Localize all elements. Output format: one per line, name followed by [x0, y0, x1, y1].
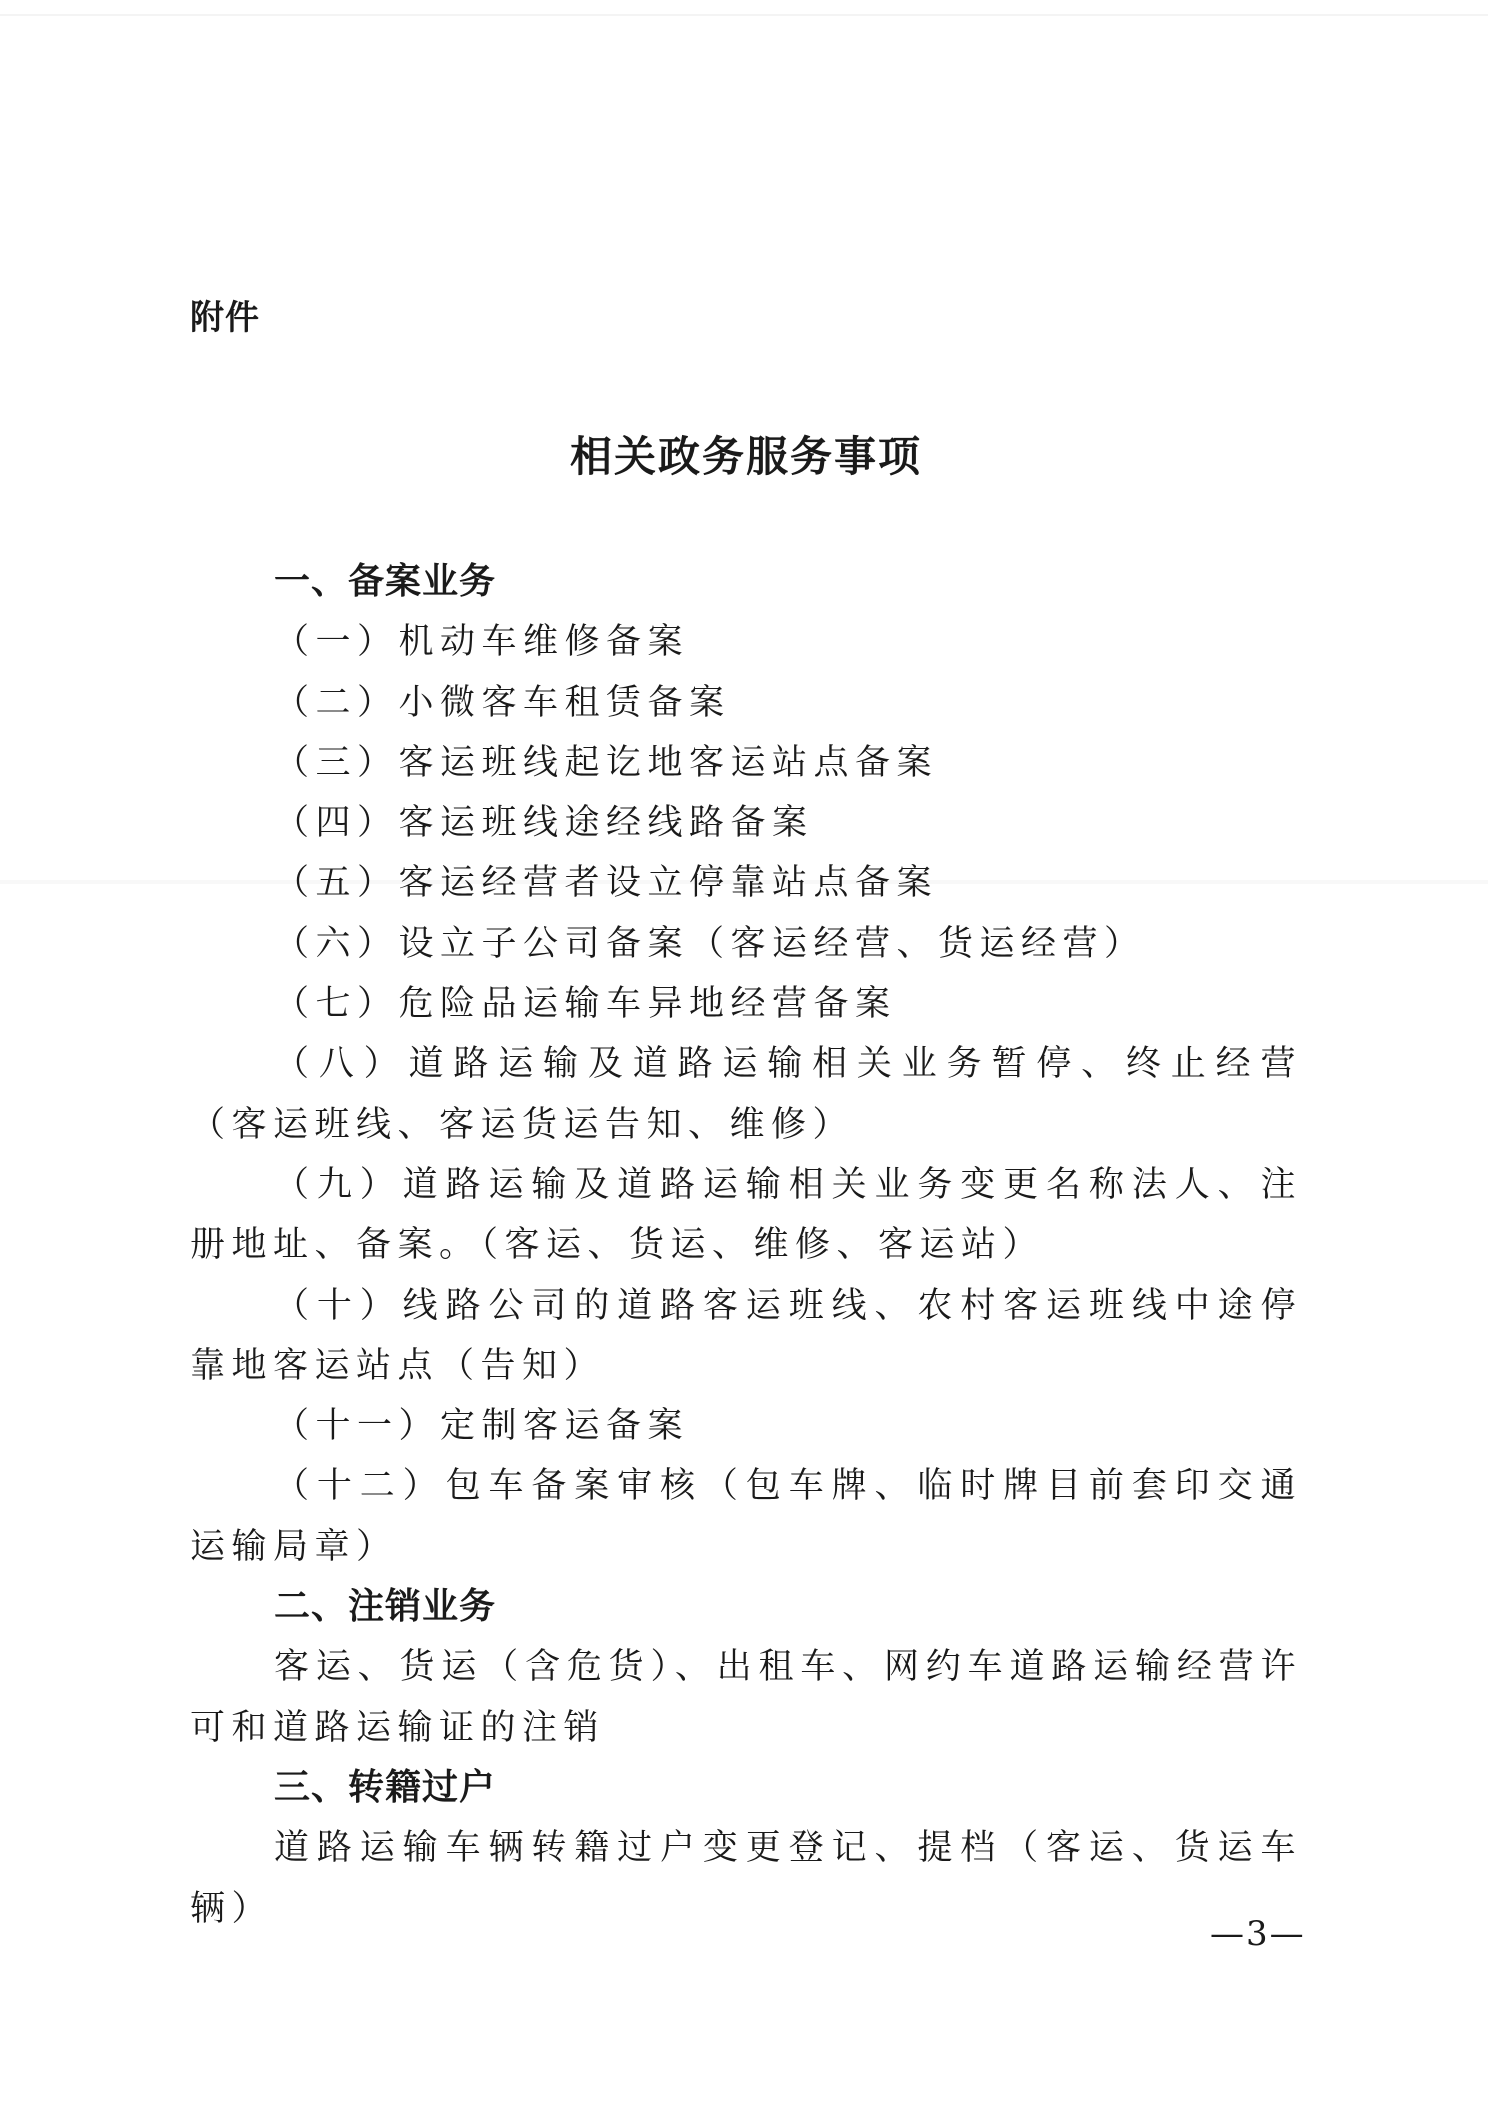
- section-body-transfer: 道路运输车辆转籍过户变更登记、提档（客运、货运车辆）: [190, 1818, 1302, 1939]
- list-item: （十一）定制客运备案: [190, 1396, 1302, 1456]
- list-item: （九）道路运输及道路运输相关业务变更名称法人、注册地址、备案。（客运、货运、维修…: [190, 1155, 1302, 1276]
- list-item: （十）线路公司的道路客运班线、农村客运班线中途停靠地客运站点（告知）: [190, 1276, 1302, 1397]
- section-heading-transfer: 三、转籍过户: [190, 1758, 1302, 1818]
- list-item: （六）设立子公司备案（客运经营、货运经营）: [190, 914, 1302, 974]
- list-item: （五）客运经营者设立停靠站点备案: [190, 853, 1302, 913]
- section-heading-cancellation: 二、注销业务: [190, 1577, 1302, 1637]
- scan-artifact-top: [0, 14, 1488, 16]
- document-body: 一、备案业务 （一）机动车维修备案 （二）小微客车租赁备案 （三）客运班线起讫地…: [190, 552, 1302, 1939]
- list-item: （四）客运班线途经线路备案: [190, 793, 1302, 853]
- section-body-cancellation: 客运、货运（含危货）、出租车、网约车道路运输经营许可和道路运输证的注销: [190, 1637, 1302, 1758]
- list-item: （八）道路运输及道路运输相关业务暂停、终止经营（客运班线、客运货运告知、维修）: [190, 1034, 1302, 1155]
- page-number: —3—: [1210, 1914, 1306, 1954]
- section-heading-filing: 一、备案业务: [190, 552, 1302, 612]
- list-item: （七）危险品运输车异地经营备案: [190, 974, 1302, 1034]
- attachment-label: 附件: [190, 290, 260, 339]
- list-item: （二）小微客车租赁备案: [190, 673, 1302, 733]
- list-item: （一）机动车维修备案: [190, 612, 1302, 672]
- list-item: （三）客运班线起讫地客运站点备案: [190, 733, 1302, 793]
- page-title: 相关政务服务事项: [190, 424, 1302, 484]
- list-item: （十二）包车备案审核（包车牌、临时牌目前套印交通运输局章）: [190, 1456, 1302, 1577]
